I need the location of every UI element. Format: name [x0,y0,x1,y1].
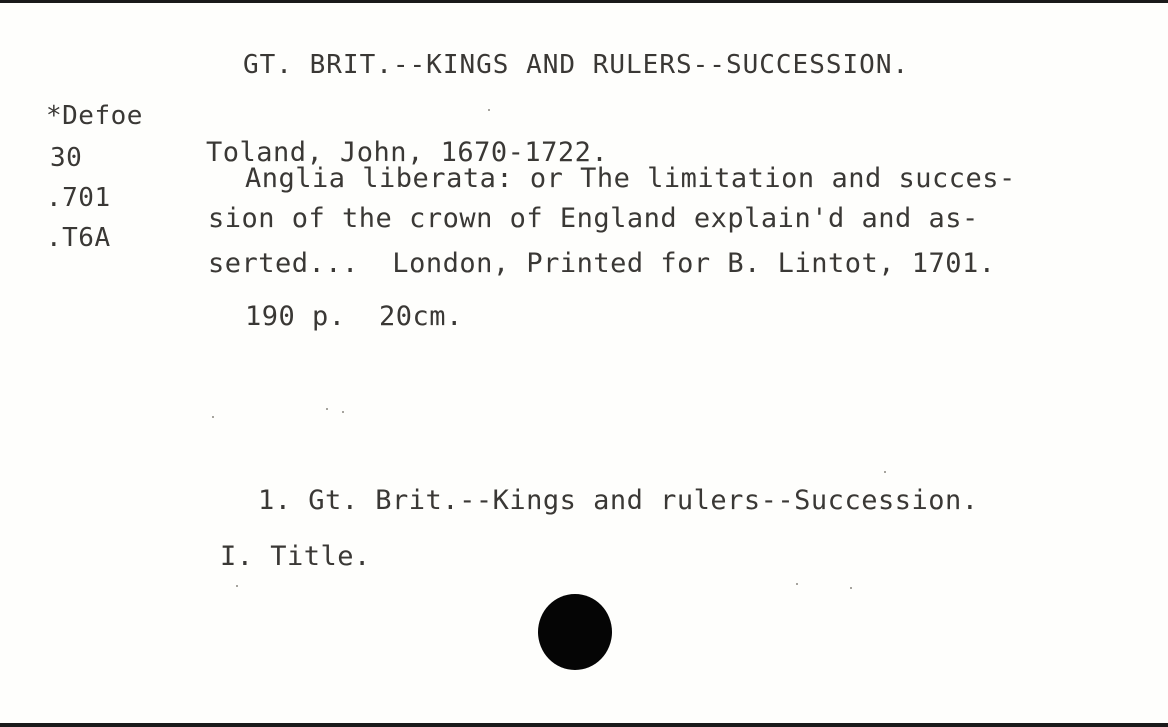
paper-speck [212,416,214,418]
paper-speck [850,587,852,589]
paper-speck [884,471,886,473]
tracing-title: I. Title. [220,541,371,572]
subject-heading: GT. BRIT.--KINGS AND RULERS--SUCCESSION. [243,50,909,80]
paper-speck [326,408,328,410]
paper-speck [236,585,238,587]
paper-speck [488,109,490,111]
call-number-line-1: *Defoe [46,101,143,131]
call-number-line-2: 30 [50,143,82,173]
paper-speck [342,411,344,413]
paper-speck [796,583,798,585]
call-number-line-3: .701 [46,183,111,213]
punch-hole [538,594,612,670]
title-line-1: Anglia liberata: or The limitation and s… [245,163,1016,194]
title-line-3: serted... London, Printed for B. Lintot,… [208,248,996,279]
title-line-2: sion of the crown of England explain'd a… [208,203,979,234]
collation: 190 p. 20cm. [245,301,463,332]
call-number-line-4: .T6A [46,223,111,253]
catalog-card: GT. BRIT.--KINGS AND RULERS--SUCCESSION.… [0,3,1168,723]
tracing-subject: 1. Gt. Brit.--Kings and rulers--Successi… [258,485,978,516]
